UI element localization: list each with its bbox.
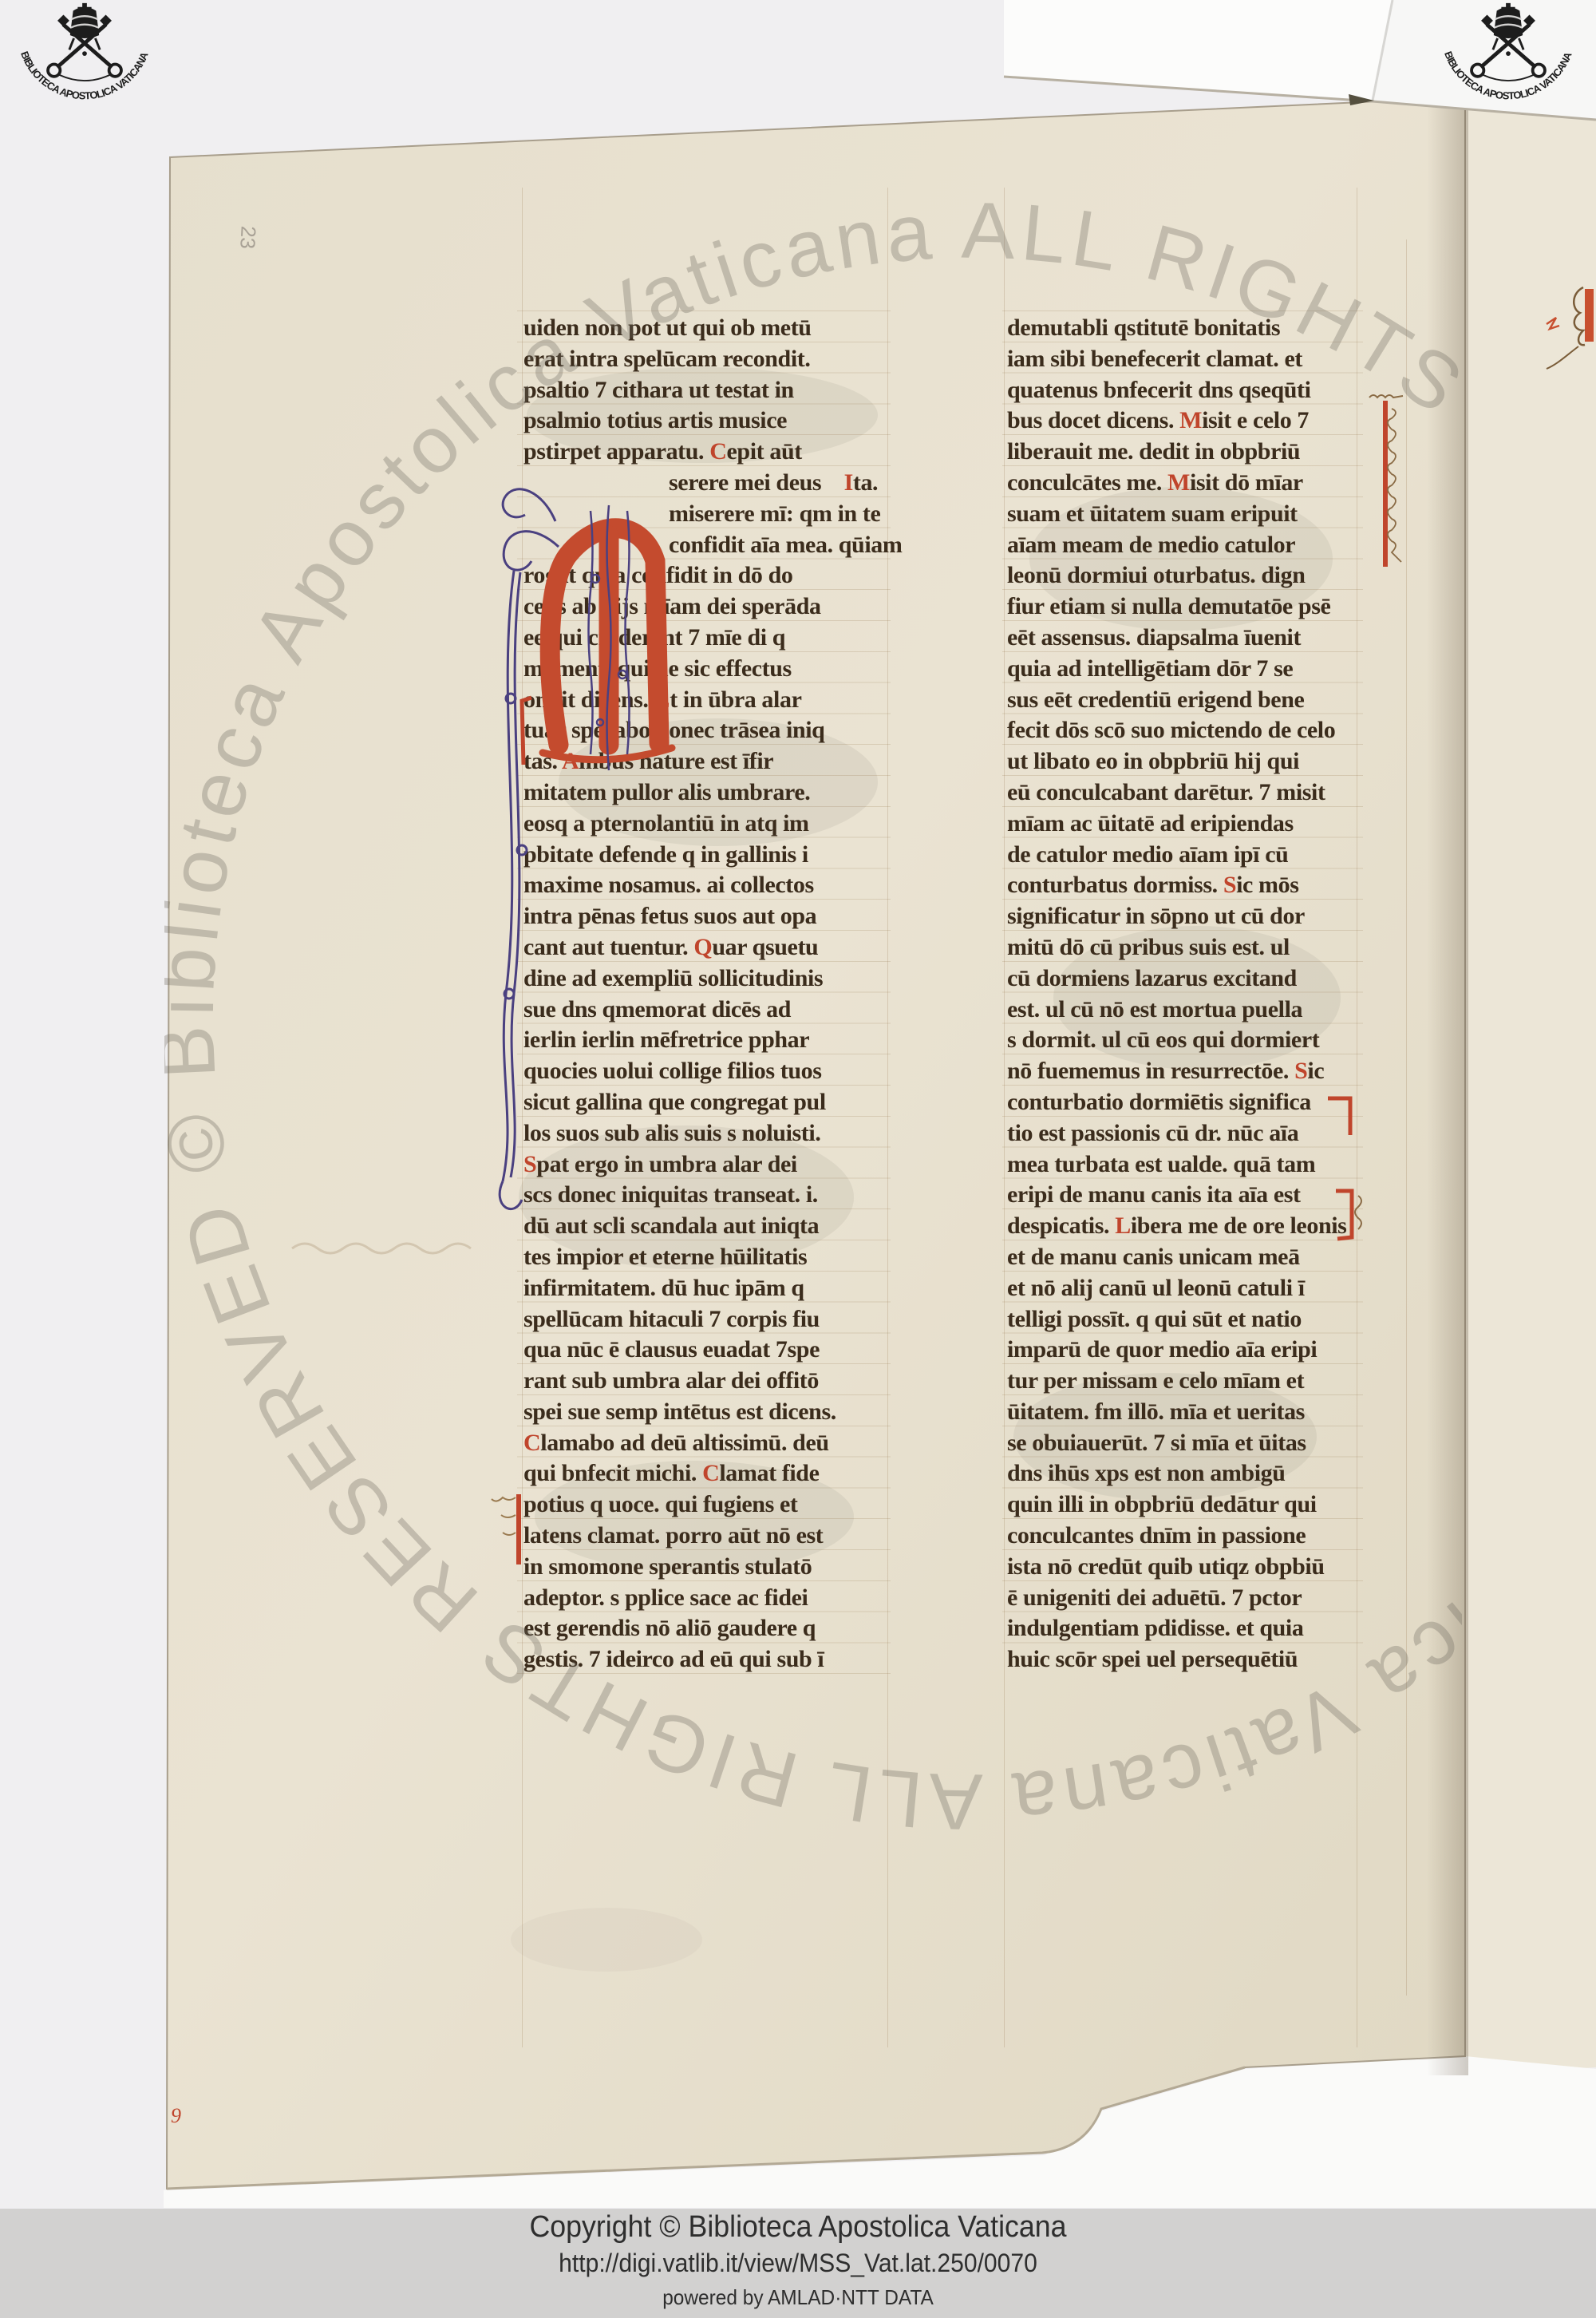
manuscript-text-line: conculcantes dnīm in passione: [1007, 1521, 1370, 1552]
manuscript-text-line: uiden non pot ut qui ob metū: [523, 313, 899, 344]
manuscript-text-line: nō fuememus in resurrectōe. Sic: [1007, 1056, 1370, 1087]
manuscript-text-line: huic scōr spei uel persequētiū: [1007, 1644, 1370, 1675]
manuscript-text-line: infirmitatem. dū huc ipām q: [523, 1273, 899, 1304]
manuscript-text-line: gestis. 7 ideirco ad eū qui sub ī: [523, 1644, 899, 1675]
manuscript-text-line: Clamabo ad deū altissimū. deū: [523, 1428, 899, 1459]
manuscript-text-line: aīam meam de medio catulor: [1007, 530, 1370, 561]
manuscript-column-2: demutabli qstitutē bonitatisiam sibi ben…: [1007, 313, 1370, 1675]
manuscript-text-line: mīam ac ūitatē ad eripiendas: [1007, 809, 1370, 840]
manuscript-text-line: liberauit me. dedit in obpbriū: [1007, 437, 1370, 468]
svg-text:BIBLIOTECA APOSTOLICA VATICANA: BIBLIOTECA APOSTOLICA VATICANA: [18, 49, 151, 101]
manuscript-text-line: conculcātes me. Misit dō mīar: [1007, 468, 1370, 499]
manuscript-text-line: et nō alij canū ul leonū catuli ī: [1007, 1273, 1370, 1304]
manuscript-text-line: tes impior et eterne hūilitatis: [523, 1242, 899, 1273]
digitized-manuscript-scan: uiden non pot ut qui ob metūerat intra s…: [0, 0, 1596, 2318]
margin-red-bracket-tall: [1366, 390, 1422, 581]
manuscript-text-line: se obuiauerūt. 7 si mīa et ūitas: [1007, 1428, 1370, 1459]
manuscript-text-line: eū conculcabant darētur. 7 misit: [1007, 777, 1370, 809]
manuscript-text-line: latens clamat. porro aūt nō est: [523, 1521, 899, 1552]
vatican-library-logo-right: BIBLIOTECA APOSTOLICA VATICANA: [1428, 2, 1588, 109]
manuscript-text-line: qua nūc ē clausus euadat 7spe: [523, 1335, 899, 1366]
manuscript-text-line: quin illi in obpbriū dedātur qui: [1007, 1489, 1370, 1521]
manuscript-text-line: telligi possīt. q qui sūt et natio: [1007, 1304, 1370, 1335]
manuscript-text-line: sus eēt credentiū erigend bene: [1007, 685, 1370, 716]
manuscript-text-line: imparū de quor medio aīa eripi: [1007, 1335, 1370, 1366]
facing-page-edge: [1465, 102, 1596, 2075]
manuscript-text-line: ista nō credūt quib utiqz obpbiū: [1007, 1552, 1370, 1583]
manuscript-text-line: iam sibi benefecerit clamat. et: [1007, 344, 1370, 375]
gutter-shadow: [1427, 97, 1468, 2075]
manuscript-text-line: significatur in sōpno ut cū dor: [1007, 901, 1370, 932]
manuscript-text-line: qui bnfecit michi. Clamat fide: [523, 1458, 899, 1489]
margin-red-hook: [514, 693, 546, 773]
papal-emblem: [1472, 3, 1545, 81]
facing-page-face-doodle: [1539, 278, 1596, 374]
manuscript-text-line: in smomone sperantis stulatō: [523, 1552, 899, 1583]
manuscript-text-line: et de manu canis unicam meā: [1007, 1242, 1370, 1273]
manuscript-text-line: despicatis. Libera me de ore leonis: [1007, 1211, 1370, 1242]
footer-source-url: http://digi.vatlib.it/view/MSS_Vat.lat.2…: [48, 2249, 1548, 2278]
manuscript-text-line: eēt assensus. diapsalma īuenit: [1007, 623, 1370, 654]
manuscript-text-line: rant sub umbra alar dei offitō: [523, 1366, 899, 1397]
manuscript-text-line: ūitatem. fm illō. mīa et ueritas: [1007, 1397, 1370, 1428]
manuscript-text-line: cū dormiens lazarus excitand: [1007, 963, 1370, 995]
manuscript-text-line: tio est passionis cū dr. nūc aīa: [1007, 1118, 1370, 1149]
manuscript-text-line: conturbatus dormiss. Sic mōs: [1007, 870, 1370, 901]
faint-margin-note: [287, 1229, 511, 1261]
manuscript-text-line: dns ihūs xps est non ambigū: [1007, 1458, 1370, 1489]
footer-copyright-text: Copyright © Biblioteca Apostolica Vatica…: [48, 2210, 1548, 2245]
folio-pencil-number: 23: [235, 225, 260, 250]
manuscript-text-line: quia ad intelligētiam dōr 7 se: [1007, 654, 1370, 685]
guard-sheet-1: [1004, 0, 1393, 101]
manuscript-text-line: erat intra spelūcam recondit.: [523, 344, 899, 375]
manuscript-text-line: suam et ūitatem suam eripuit: [1007, 499, 1370, 530]
manuscript-text-line: indulgentiam pdidisse. et quia: [1007, 1613, 1370, 1644]
manuscript-text-line: adeptor. s pplice sace ac fidei: [523, 1583, 899, 1614]
margin-red-paragraph: [484, 1491, 535, 1571]
footer-powered-by: powered by AMLAD·NTT DATA: [48, 2285, 1548, 2310]
margin-red-corner-bracket: [1325, 1092, 1360, 1141]
manuscript-text-line: demutabli qstitutē bonitatis: [1007, 313, 1370, 344]
papal-emblem: [48, 3, 121, 81]
manuscript-text-line: mitū dō cū pribus suis est. ul: [1007, 932, 1370, 963]
manuscript-text-line: mea turbata est ualde. quā tam: [1007, 1149, 1370, 1181]
manuscript-text-line: quatenus bnfecerit dns qseqūti: [1007, 375, 1370, 406]
margin-red-bracket-small: [1328, 1186, 1366, 1245]
manuscript-text-line: est. ul cū nō est mortua puella: [1007, 995, 1370, 1026]
manuscript-text-line: tur per missam e celo mīam et: [1007, 1366, 1370, 1397]
manuscript-text-line: s dormit. ul cū eos qui dormiert: [1007, 1025, 1370, 1056]
vatican-library-logo-left: BIBLIOTECA APOSTOLICA VATICANA: [5, 2, 164, 109]
logo-ring-text: BIBLIOTECA APOSTOLICA VATICANA: [1442, 49, 1574, 101]
manuscript-text-line: ut libato eo in obpbriū hij qui: [1007, 746, 1370, 777]
manuscript-text-line: est gerendis nō aliō gaudere q: [523, 1613, 899, 1644]
manuscript-text-line: psalmio totius artis musice: [523, 405, 899, 437]
manuscript-text-line: spellūcam hitaculi 7 corpis fiu: [523, 1304, 899, 1335]
footer-bar: Copyright © Biblioteca Apostolica Vatica…: [0, 2209, 1596, 2318]
manuscript-text-line: conturbatio dormiētis significa: [1007, 1087, 1370, 1118]
manuscript-text-line: bus docet dicens. Misit e celo 7: [1007, 405, 1370, 437]
manuscript-text-line: psaltio 7 cithara ut testat in: [523, 375, 899, 406]
manuscript-text-line: potius q uoce. qui fugiens et: [523, 1489, 899, 1521]
svg-text:BIBLIOTECA APOSTOLICA VATICANA: BIBLIOTECA APOSTOLICA VATICANA: [1442, 49, 1574, 101]
manuscript-text-line: de catulor medio aīam ipī cū: [1007, 840, 1370, 871]
manuscript-text-line: fecit dōs scō suo mictendo de celo: [1007, 715, 1370, 746]
manuscript-text-line: leonū dormiui oturbatus. dign: [1007, 560, 1370, 591]
logo-ring-text: BIBLIOTECA APOSTOLICA VATICANA: [18, 49, 151, 101]
manuscript-text-line: ē unigeniti dei aduētū. 7 pctor: [1007, 1583, 1370, 1614]
ruling-vertical-3: [1004, 188, 1005, 2047]
corner-red-mark: 9: [171, 2104, 181, 2128]
manuscript-text-line: eripi de manu canis ita aīa est: [1007, 1180, 1370, 1211]
decorated-initial-M: [479, 435, 686, 1233]
manuscript-text-line: spei sue semp intētus est dicens.: [523, 1397, 899, 1428]
manuscript-text-line: fiur etiam si nulla demutatōe psē: [1007, 591, 1370, 623]
